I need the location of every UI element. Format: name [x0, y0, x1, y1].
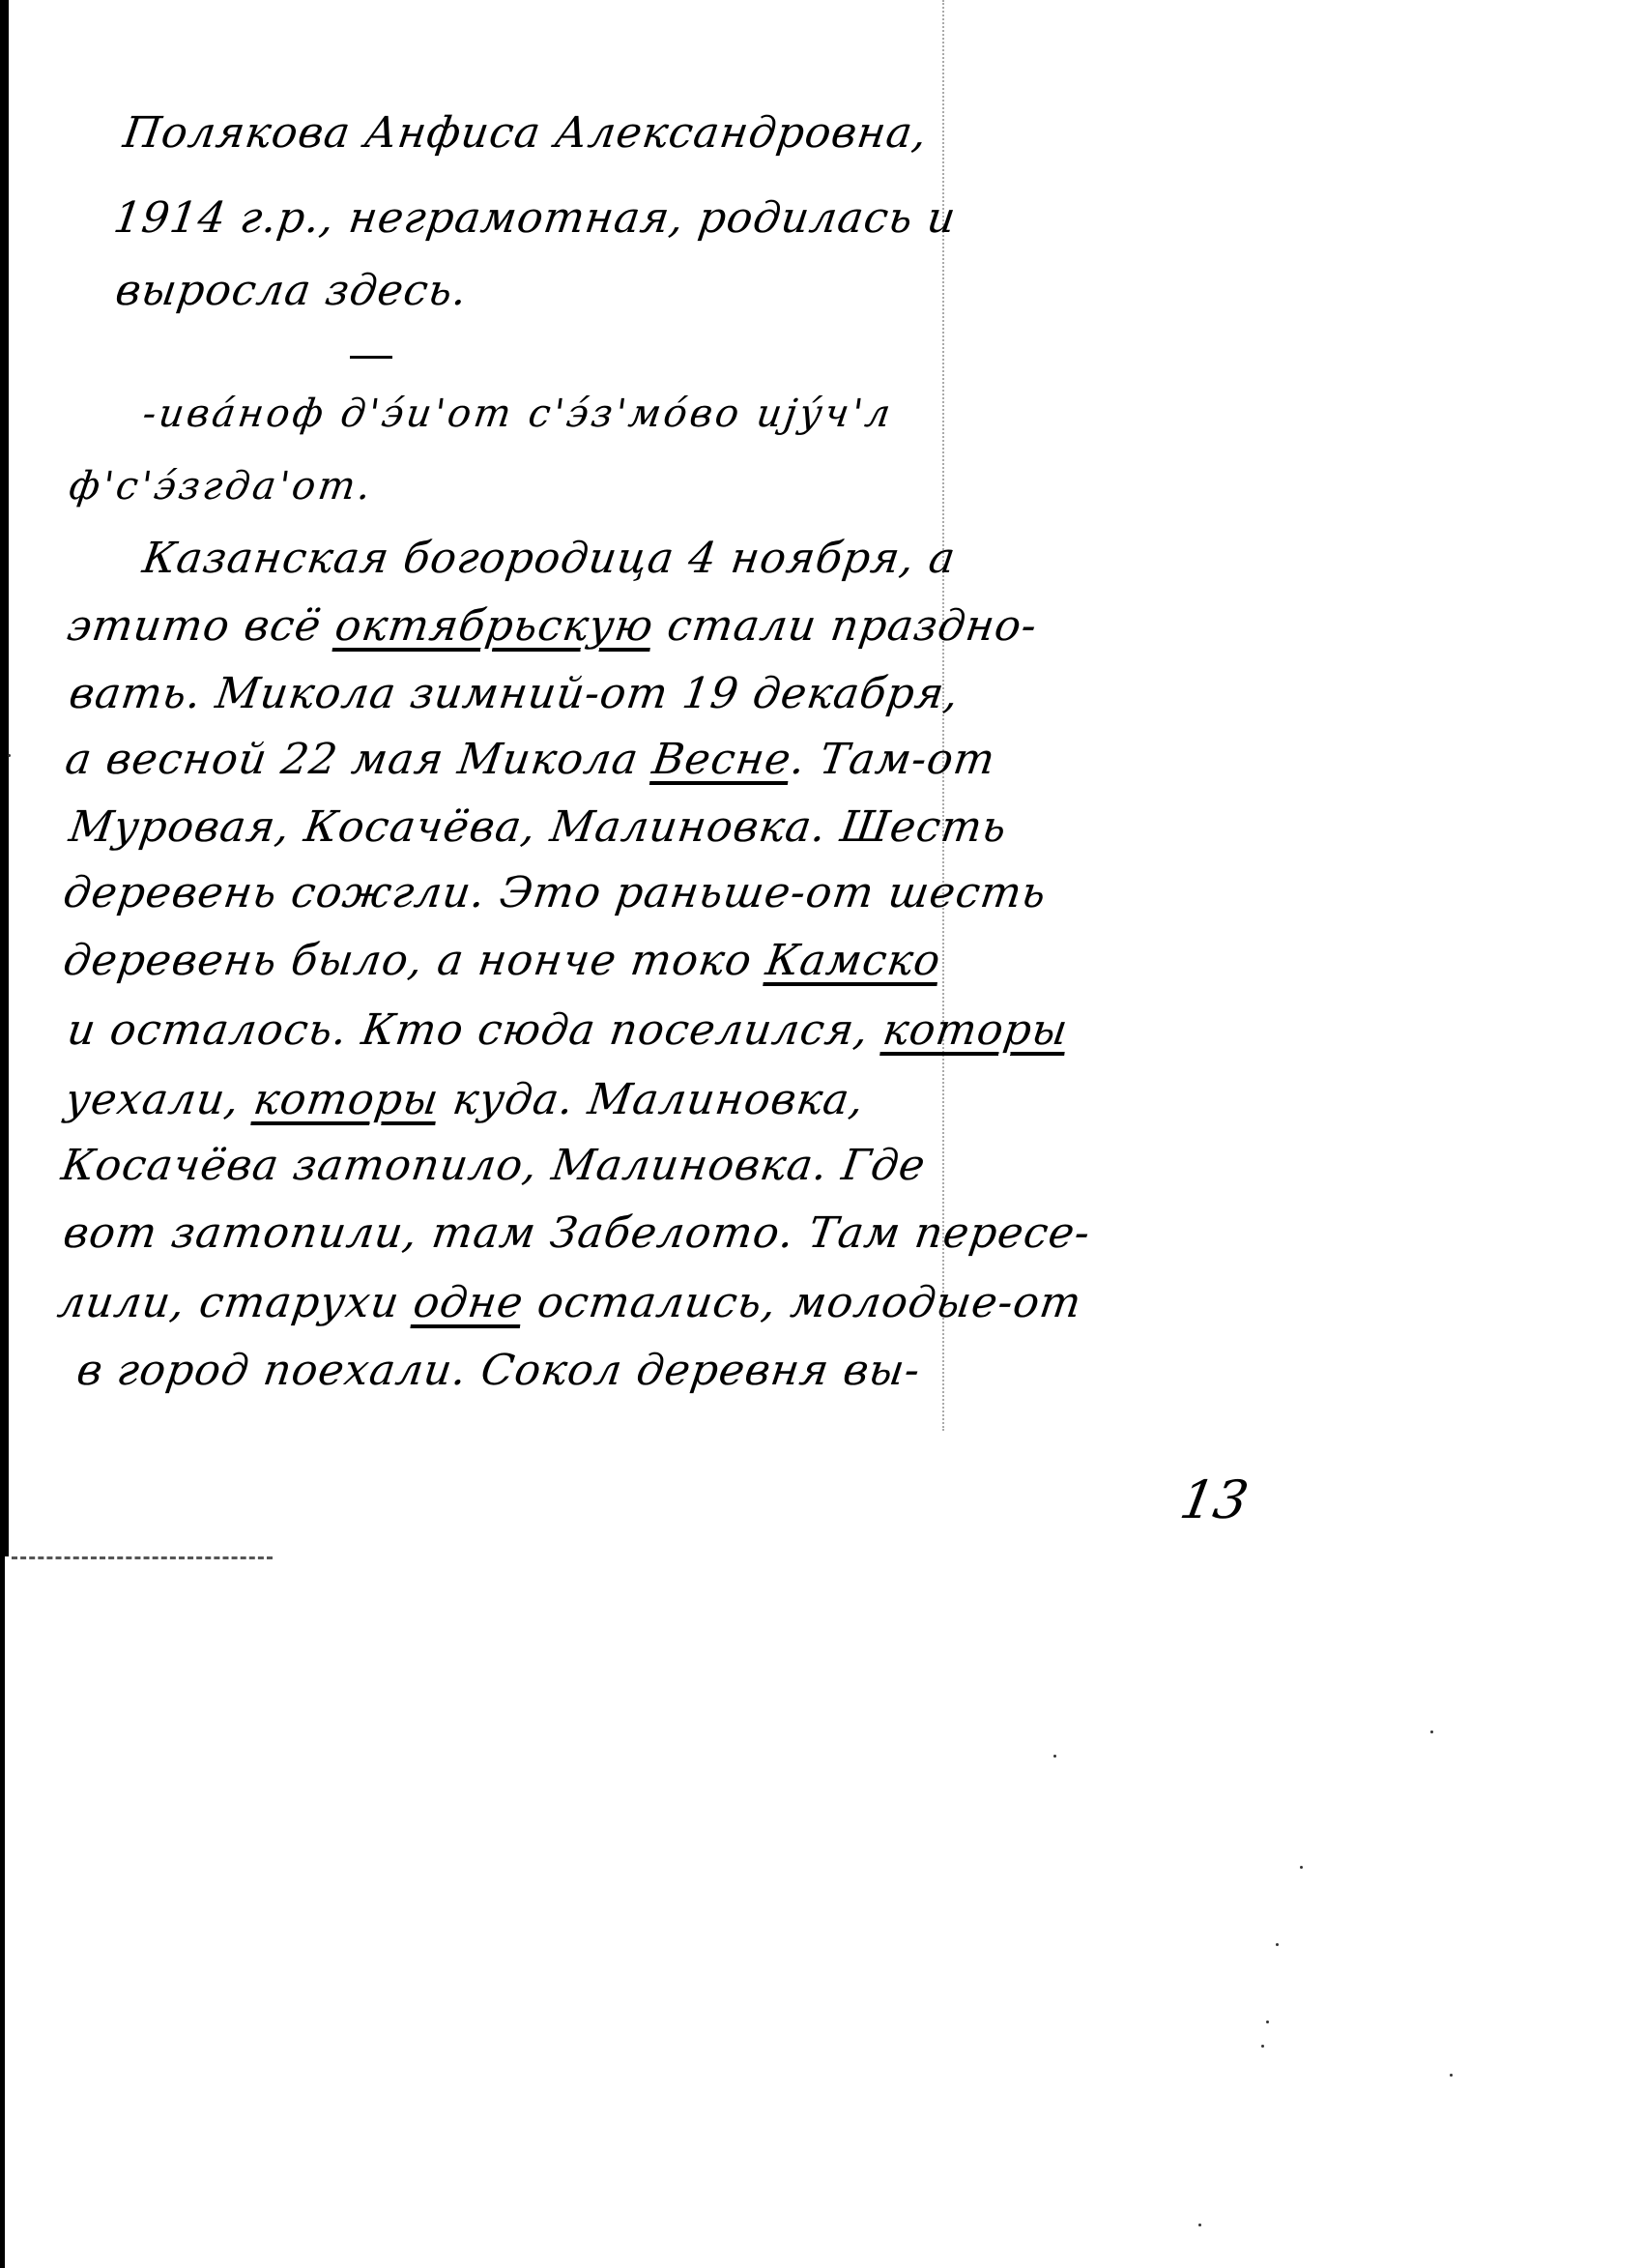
scanned-page: Полякова Анфиса Александровна, 1914 г.р.… [0, 0, 1643, 2268]
body-text: вот затопили, там Забелото. Там пересе- [60, 1208, 1093, 1258]
body-text: стали праздно- [649, 601, 1040, 651]
informant-birth-line: 1914 г.р., неграмотная, родилась и [110, 193, 959, 243]
body-line-4: а весной 22 мая Микола Весне. Там-от [62, 735, 998, 784]
body-text: а весной 22 мая Микола [62, 735, 656, 784]
scan-speck [1261, 2045, 1264, 2048]
scan-edge-left-lower [0, 1556, 5, 2268]
body-line-7: деревень было, а нонче токо Камско [60, 936, 943, 985]
informant-origin-line: выросла здесь. [112, 266, 471, 315]
dialect-transcription-line-1: -ива́ноф д'э́и'от с'э́з'мо́во ију́ч'л [140, 392, 896, 436]
body-text: . Там-от [788, 735, 998, 784]
body-text: в город поехали. Сокол деревня вы- [73, 1346, 923, 1395]
body-text: Муровая, Косачёва, Малиновка. Шесть [66, 802, 1010, 852]
body-line-3: вать. Микола зимний-от 19 декабря, [66, 669, 962, 718]
body-line-13: в город поехали. Сокол деревня вы- [73, 1346, 923, 1395]
body-line-12: лили, старухи одне остались, молодые-от [54, 1278, 1084, 1327]
body-line-2: этито всё октябрьскую стали праздно- [64, 601, 1040, 651]
body-line-11: вот затопили, там Забелото. Там пересе- [60, 1208, 1093, 1258]
body-text: деревень сожгли. Это раньше-от шесть [60, 868, 1050, 917]
body-text: и осталось. Кто сюда поселился, [64, 1005, 886, 1055]
scan-speck [8, 754, 11, 757]
underlined-word: одне [411, 1278, 528, 1327]
scan-speck [1266, 2021, 1269, 2023]
body-text: Косачёва затопило, Малиновка. Где [58, 1141, 929, 1190]
scan-speck [1450, 2074, 1453, 2077]
scan-speck [1300, 1866, 1303, 1869]
underlined-word: которы [250, 1075, 442, 1124]
underlined-word: октябрьскую [332, 601, 657, 651]
body-text: деревень было, а нонче токо [60, 936, 769, 985]
body-text: этито всё [64, 601, 338, 651]
body-text: куда. Малиновка, [435, 1075, 867, 1124]
body-line-6: деревень сожгли. Это раньше-от шесть [60, 868, 1050, 917]
body-text: остались, молодые-от [520, 1278, 1084, 1327]
dialect-transcription-line-2: ф'с'э́згда'от. [67, 464, 377, 509]
body-line-5: Муровая, Косачёва, Малиновка. Шесть [66, 802, 1010, 852]
scan-speck [1198, 2224, 1201, 2226]
body-line-10: Косачёва затопило, Малиновка. Где [58, 1141, 929, 1190]
scan-edge-left [0, 0, 9, 1556]
page-number: 13 [1175, 1469, 1253, 1530]
body-text: Казанская богородица 4 ноября, а [139, 534, 959, 583]
scan-speck [1053, 1755, 1056, 1758]
informant-name-line: Полякова Анфиса Александровна, [120, 108, 931, 158]
body-line-9: уехали, которы куда. Малиновка, [62, 1075, 867, 1124]
scan-speck [1430, 1730, 1433, 1733]
scan-speck [1276, 1943, 1279, 1946]
body-line-8: и осталось. Кто сюда поселился, которы [64, 1005, 1071, 1055]
underlined-word: Камско [763, 936, 943, 985]
underlined-word: Весне [649, 735, 794, 784]
body-line-1: Казанская богородица 4 ноября, а [139, 534, 959, 583]
body-text: уехали, [62, 1075, 257, 1124]
section-divider [350, 356, 392, 359]
body-text: лили, старухи [54, 1278, 417, 1327]
underlined-word: которы [879, 1005, 1071, 1055]
body-text: вать. Микола зимний-от 19 декабря, [66, 669, 962, 718]
scan-fold-line [12, 1556, 273, 1559]
